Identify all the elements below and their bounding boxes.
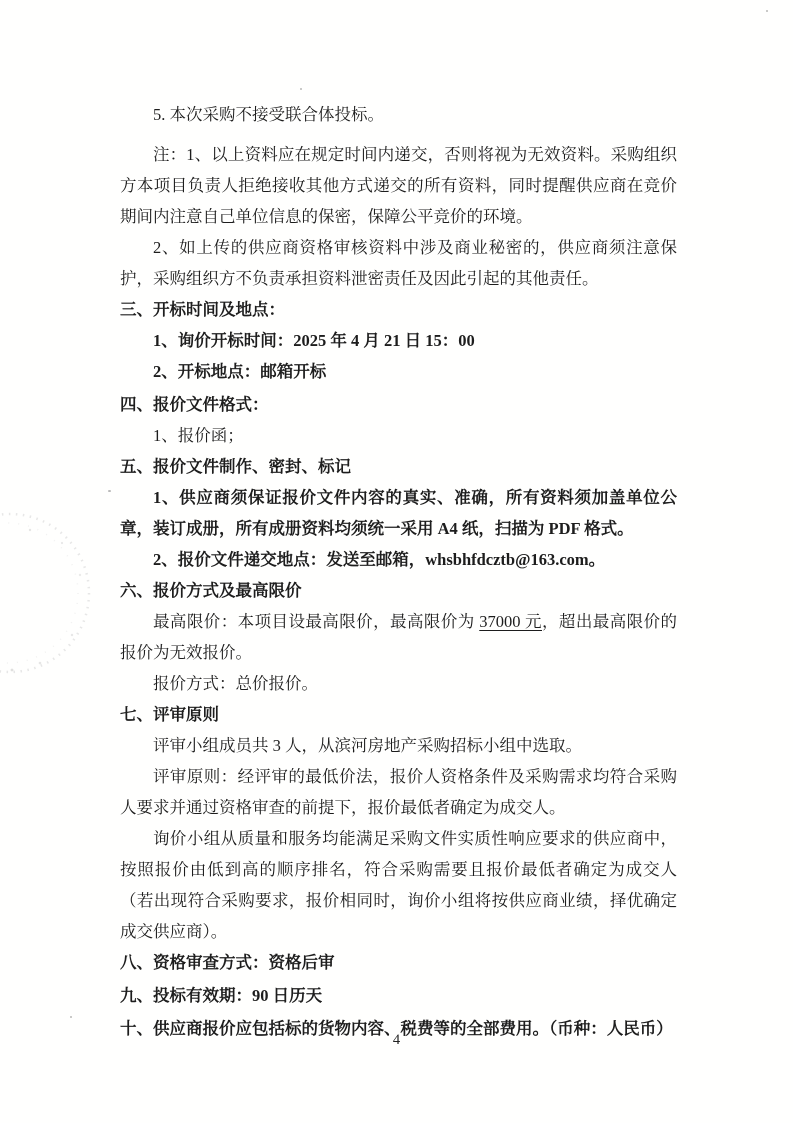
section-3-item-2-opening-place: 2、开标地点：邮箱开标 <box>120 356 677 387</box>
page-number: 4 <box>0 1032 793 1049</box>
scan-speck <box>108 490 111 492</box>
scan-speck <box>70 1016 72 1018</box>
section-7-review-panel: 评审小组成员共 3 人，从滨河房地产采购招标小组中选取。 <box>120 730 677 761</box>
section-3-item-1-opening-time: 1、询价开标时间：2025 年 4 月 21 日 15：00 <box>120 325 677 356</box>
section-5-item-2-submission-email: 2、报价文件递交地点：发送至邮箱，whsbhfdcztb@163.com。 <box>120 544 677 575</box>
max-price-prefix: 最高限价：本项目设最高限价，最高限价为 <box>153 612 479 631</box>
scanned-document-page: 5. 本次采购不接受联合体投标。 注：1、以上资料应在规定时间内递交，否则将视为… <box>0 0 793 1123</box>
section-3-heading-bid-opening: 三、开标时间及地点： <box>120 294 677 325</box>
scan-speck <box>766 10 768 12</box>
document-body: 5. 本次采购不接受联合体投标。 注：1、以上资料应在规定时间内递交，否则将视为… <box>120 99 677 1044</box>
stamp-artifact <box>0 505 110 685</box>
section-4-item-1-quote-letter: 1、报价函； <box>120 420 677 451</box>
section-7-heading-review-principles: 七、评审原则 <box>120 699 677 730</box>
section-6-max-price-paragraph: 最高限价：本项目设最高限价，最高限价为 37000 元，超出最高限价的报价为无效… <box>120 606 677 668</box>
section-7-ranking-rule: 询价小组从质量和服务均能满足采购文件实质性响应要求的供应商中，按照报价由低到高的… <box>120 823 677 947</box>
scan-speck <box>300 88 302 90</box>
section-5-item-1-document-rules: 1、供应商须保证报价文件内容的真实、准确，所有资料须加盖单位公章，装订成册，所有… <box>120 482 677 544</box>
note-paragraph-2: 2、如上传的供应商资格审核资料中涉及商业秘密的，供应商须注意保护，采购组织方不负… <box>120 232 677 294</box>
note-paragraph-1: 注：1、以上资料应在规定时间内递交，否则将视为无效资料。采购组织方本项目负责人拒… <box>120 139 677 232</box>
section-6-quote-method: 报价方式：总价报价。 <box>120 668 677 699</box>
section-6-heading-price-cap: 六、报价方式及最高限价 <box>120 575 677 606</box>
max-price-value: 37000 元 <box>479 612 542 631</box>
section-4-heading-quote-format: 四、报价文件格式： <box>120 389 677 420</box>
section-9-bid-validity: 九、投标有效期：90 日历天 <box>120 980 677 1011</box>
section-5-heading-document-preparation: 五、报价文件制作、密封、标记 <box>120 451 677 482</box>
section-7-lowest-price-rule: 评审原则：经评审的最低价法，报价人资格条件及采购需求均符合采购人要求并通过资格审… <box>120 761 677 823</box>
clause-5-no-consortium: 5. 本次采购不接受联合体投标。 <box>120 99 677 130</box>
section-8-qualification-review: 八、资格审查方式：资格后审 <box>120 947 677 978</box>
